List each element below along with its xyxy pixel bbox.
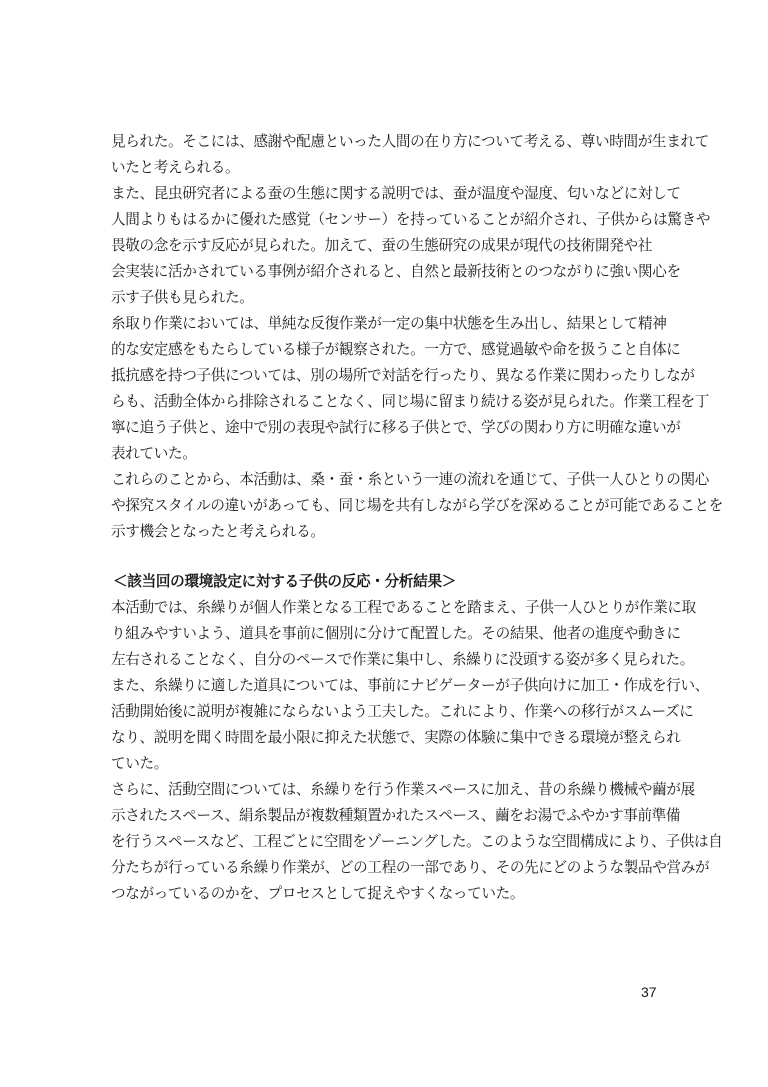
body-line: 本活動では、糸繰りが個人作業となる工程であることを踏まえ、子供一人ひとりが作業に… [111, 595, 659, 621]
body-line: 分たちが行っている糸繰り作業が、どの工程の一部であり、その先にどのような製品や営… [111, 855, 659, 881]
body-line: らも、活動全体から排除されることなく、同じ場に留まり続ける姿が見られた。作業工程… [111, 389, 659, 415]
body-line: いたと考えられる。 [111, 155, 659, 181]
page-number: 37 [641, 984, 657, 1000]
body-line: 抵抗感を持つ子供については、別の場所で対話を行ったり、異なる作業に関わったりしな… [111, 363, 659, 389]
document-page: 見られた。そこには、感謝や配慮といった人間の在り方について考える、尊い時間が生ま… [111, 129, 659, 907]
body-line: 左右されることなく、自分のペースで作業に集中し、糸繰りに没頭する姿が多く見られた… [111, 647, 659, 673]
body-line: 的な安定感をもたらしている様子が観察された。一方で、感覚過敏や命を扱うこと自体に [111, 337, 659, 363]
body-line: これらのことから、本活動は、桑・蚕・糸という一連の流れを通じて、子供一人ひとりの… [111, 467, 659, 493]
body-line: 寧に追う子供と、途中で別の表現や試行に移る子供とで、学びの関わり方に明確な違いが [111, 415, 659, 441]
section-environment-analysis: ＜該当回の環境設定に対する子供の反応・分析結果＞ 本活動では、糸繰りが個人作業と… [111, 569, 659, 907]
body-line: 示されたスペース、絹糸製品が複数種類置かれたスペース、繭をお湯でふやかす事前準備 [111, 803, 659, 829]
body-line: 表れていた。 [111, 441, 659, 467]
body-line: り組みやすいよう、道具を事前に個別に分けて配置した。その結果、他者の進度や動きに [111, 621, 659, 647]
section-reflection: 見られた。そこには、感謝や配慮といった人間の在り方について考える、尊い時間が生ま… [111, 129, 659, 545]
body-line: ていた。 [111, 751, 659, 777]
body-line: を行うスペースなど、工程ごとに空間をゾーニングした。このような空間構成により、子… [111, 829, 659, 855]
body-line: つながっているのかを、プロセスとして捉えやすくなっていた。 [111, 881, 659, 907]
body-line: また、糸繰りに適した道具については、事前にナビゲーターが子供向けに加工・作成を行… [111, 673, 659, 699]
body-line: 会実装に活かされている事例が紹介されると、自然と最新技術とのつながりに強い関心を [111, 259, 659, 285]
body-line: 見られた。そこには、感謝や配慮といった人間の在り方について考える、尊い時間が生ま… [111, 129, 659, 155]
section-spacer [111, 545, 659, 569]
body-line: 糸取り作業においては、単純な反復作業が一定の集中状態を生み出し、結果として精神 [111, 311, 659, 337]
body-line: 人間よりもはるかに優れた感覚（センサー）を持っていることが紹介され、子供からは驚… [111, 207, 659, 233]
body-line: なり、説明を聞く時間を最小限に抑えた状態で、実際の体験に集中できる環境が整えられ [111, 725, 659, 751]
body-line: また、昆虫研究者による蚕の生態に関する説明では、蚕が温度や湿度、匂いなどに対して [111, 181, 659, 207]
body-line: さらに、活動空間については、糸繰りを行う作業スペースに加え、昔の糸繰り機械や繭が… [111, 777, 659, 803]
body-line: 示す子供も見られた。 [111, 285, 659, 311]
body-line: 畏敬の念を示す反応が見られた。加えて、蚕の生態研究の成果が現代の技術開発や社 [111, 233, 659, 259]
body-line: 示す機会となったと考えられる。 [111, 519, 659, 545]
body-line: 活動開始後に説明が複雑にならないよう工夫した。これにより、作業への移行がスムーズ… [111, 699, 659, 725]
section-heading: ＜該当回の環境設定に対する子供の反応・分析結果＞ [113, 569, 659, 595]
body-line: や探究スタイルの違いがあっても、同じ場を共有しながら学びを深めることが可能である… [111, 493, 659, 519]
